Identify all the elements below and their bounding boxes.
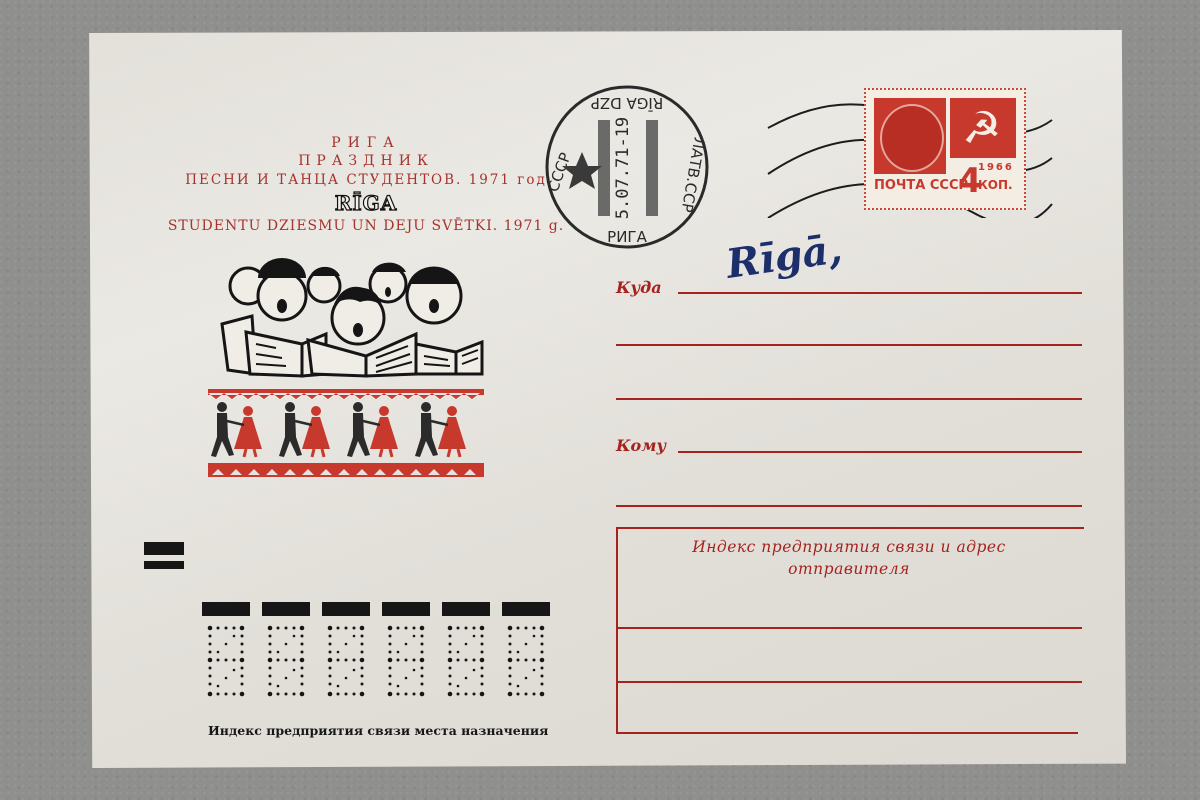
to-where-label: Куда: [616, 278, 662, 297]
to-whom-line-2: [616, 505, 1082, 507]
sender-box-label: Индекс предприятия связи и адрес отправи…: [616, 536, 1082, 580]
title-riga-lv: RĪGA: [146, 190, 586, 216]
folk-dance-band-icon: [206, 385, 486, 480]
postal-index-digit-grid-icon: [196, 598, 556, 702]
to-where-line-1: [678, 292, 1082, 294]
singers-illustration-icon: [216, 248, 486, 378]
postal-index-label: Индекс предприятия связи места назначени…: [208, 723, 548, 738]
svg-text:RĪGA DZP: RĪGA DZP: [591, 94, 663, 112]
title-festival-lv: STUDENTU DZIESMU UN DEJU SVĒTKI. 1971 g.: [146, 216, 586, 236]
sender-line-1: [616, 627, 1082, 629]
svg-text:5.07.71-19: 5.07.71-19: [613, 117, 633, 219]
title-prazdnik: ПРАЗДНИК: [146, 152, 586, 171]
postage-stamp: ☭ ПОЧТА СССР 4 1966 КОП.: [864, 88, 1026, 210]
svg-text:ЛАТВ.ССР: ЛАТВ.ССР: [677, 136, 708, 214]
svg-text:РИГА: РИГА: [607, 228, 647, 246]
postmark-icon: 5.07.71-19 RĪGA DZP СССР ЛАТВ.ССР РИГА: [542, 82, 712, 252]
to-where-handwritten-value: Rīgā,: [723, 225, 845, 288]
title-riga-ru: РИГА: [146, 134, 586, 152]
sender-label-line2: отправителя: [616, 558, 1082, 580]
to-where-line-3: [616, 398, 1082, 400]
to-where-line-2: [616, 344, 1082, 346]
envelope: РИГА ПРАЗДНИК ПЕСНИ И ТАНЦА СТУДЕНТОВ. 1…: [86, 30, 1126, 768]
stamp-design: ☭ ПОЧТА СССР 4 1966 КОП.: [874, 98, 1016, 198]
to-whom-line-1: [678, 451, 1082, 453]
sender-line-3: [616, 732, 1078, 734]
title-block: РИГА ПРАЗДНИК ПЕСНИ И ТАНЦА СТУДЕНТОВ. 1…: [146, 134, 586, 236]
marker-bar-1: [144, 542, 184, 555]
sender-label-line1: Индекс предприятия связи и адрес: [616, 536, 1082, 558]
title-festival-ru: ПЕСНИ И ТАНЦА СТУДЕНТОВ. 1971 год: [146, 171, 586, 190]
marker-bar-2: [144, 561, 184, 569]
sender-line-2: [616, 681, 1082, 683]
hammer-sickle-icon: ☭: [962, 104, 1001, 154]
to-whom-label: Кому: [616, 436, 666, 455]
